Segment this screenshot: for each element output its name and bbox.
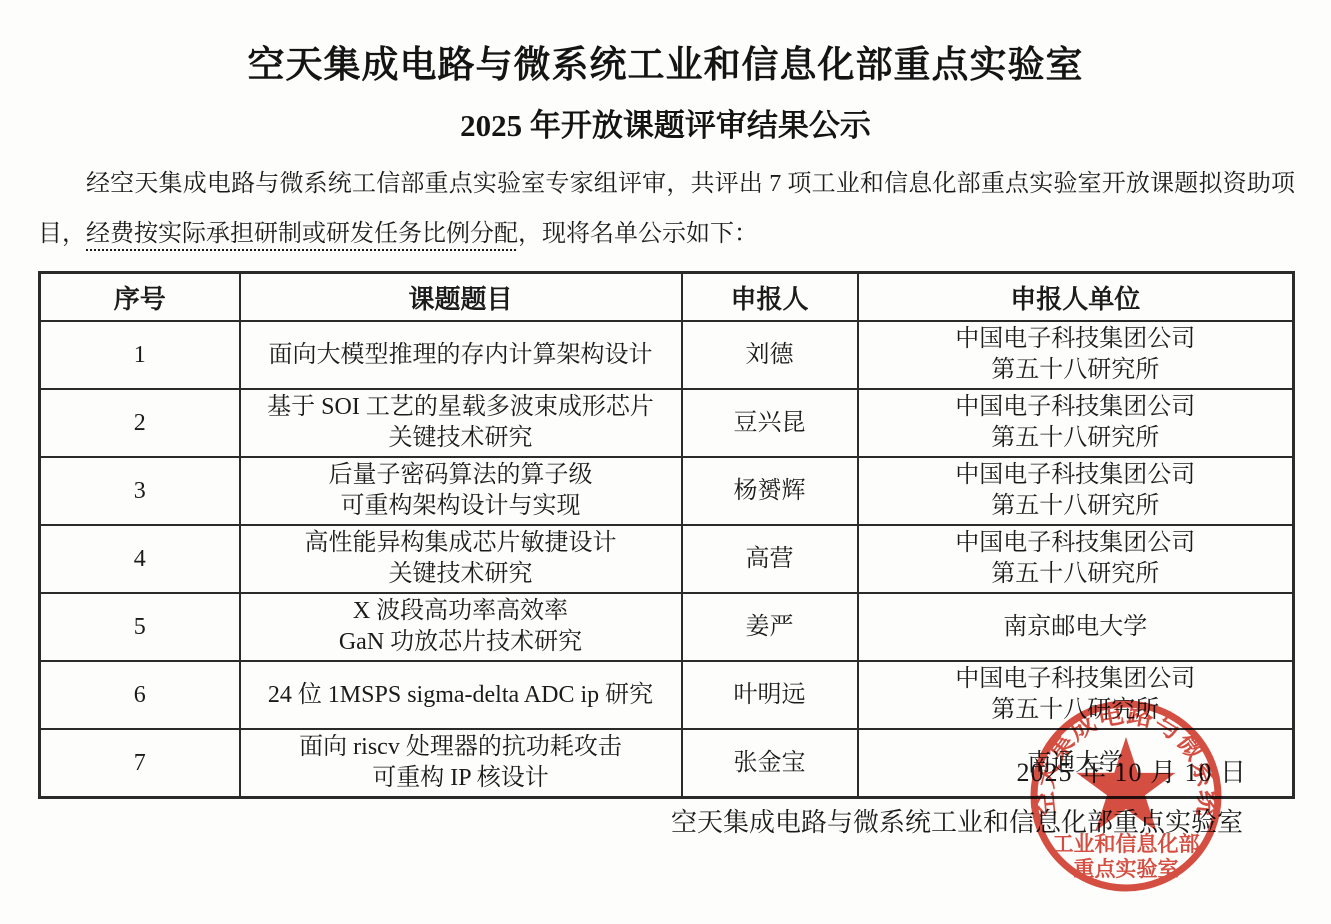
cell-title: 24 位 1MSPS sigma-delta ADC ip 研究 (240, 661, 682, 729)
cell-applicant: 张金宝 (682, 729, 858, 798)
signature-date: 2025 年 10 月 10 日 (1016, 752, 1247, 789)
cell-applicant: 刘德 (682, 321, 858, 389)
cell-no: 6 (40, 661, 240, 729)
signature-organization: 空天集成电路与微系统工业和信息化部重点实验室 (671, 802, 1243, 839)
cell-no: 7 (40, 729, 240, 798)
seal-text-line2: 重点实验室 (1074, 857, 1179, 881)
header-unit: 申报人单位 (858, 273, 1294, 322)
cell-applicant: 叶明远 (682, 661, 858, 729)
cell-unit: 南京邮电大学 (858, 593, 1294, 661)
header-applicant: 申报人 (682, 273, 858, 322)
table-row: 2 基于 SOI 工艺的星载多波束成形芯片关键技术研究 豆兴昆 中国电子科技集团… (40, 389, 1294, 457)
cell-title: 高性能异构集成芯片敏捷设计关键技术研究 (240, 525, 682, 593)
cell-applicant: 姜严 (682, 593, 858, 661)
results-table: 序号 课题题目 申报人 申报人单位 1 面向大模型推理的存内计算架构设计 刘德 … (38, 271, 1295, 799)
cell-no: 1 (40, 321, 240, 389)
cell-no: 2 (40, 389, 240, 457)
cell-applicant: 豆兴昆 (682, 389, 858, 457)
intro-underlined-phrase: 经费按实际承担研制或研发任务比例分配 (86, 221, 518, 247)
cell-applicant: 杨赟辉 (682, 457, 858, 525)
cell-unit: 中国电子科技集团公司第五十八研究所 (858, 661, 1294, 729)
cell-no: 5 (40, 593, 240, 661)
cell-unit: 中国电子科技集团公司第五十八研究所 (858, 457, 1294, 525)
cell-unit: 中国电子科技集团公司第五十八研究所 (858, 321, 1294, 389)
intro-tail: ，现将名单公示如下： (518, 221, 758, 247)
document-page: 空天集成电路与微系统工业和信息化部重点实验室 2025 年开放课题评审结果公示 … (0, 0, 1331, 924)
document-title: 空天集成电路与微系统工业和信息化部重点实验室 (0, 0, 1331, 88)
cell-title: X 波段高功率高效率GaN 功放芯片技术研究 (240, 593, 682, 661)
cell-unit: 中国电子科技集团公司第五十八研究所 (858, 389, 1294, 457)
header-title: 课题题目 (240, 273, 682, 322)
cell-title: 面向大模型推理的存内计算架构设计 (240, 321, 682, 389)
table-row: 4 高性能异构集成芯片敏捷设计关键技术研究 高营 中国电子科技集团公司第五十八研… (40, 525, 1294, 593)
table-row: 6 24 位 1MSPS sigma-delta ADC ip 研究 叶明远 中… (40, 661, 1294, 729)
cell-unit: 中国电子科技集团公司第五十八研究所 (858, 525, 1294, 593)
table-row: 1 面向大模型推理的存内计算架构设计 刘德 中国电子科技集团公司第五十八研究所 (40, 321, 1294, 389)
cell-title: 基于 SOI 工艺的星载多波束成形芯片关键技术研究 (240, 389, 682, 457)
cell-applicant: 高营 (682, 525, 858, 593)
cell-no: 3 (40, 457, 240, 525)
intro-paragraph: 经空天集成电路与微系统工信部重点实验室专家组评审，共评出 7 项工业和信息化部重… (38, 159, 1295, 259)
document-subtitle: 2025 年开放课题评审结果公示 (0, 100, 1331, 145)
table-header-row: 序号 课题题目 申报人 申报人单位 (40, 273, 1294, 322)
header-no: 序号 (40, 273, 240, 322)
cell-title: 后量子密码算法的算子级可重构架构设计与实现 (240, 457, 682, 525)
table-row: 5 X 波段高功率高效率GaN 功放芯片技术研究 姜严 南京邮电大学 (40, 593, 1294, 661)
cell-title: 面向 riscv 处理器的抗功耗攻击可重构 IP 核设计 (240, 729, 682, 798)
table-row: 3 后量子密码算法的算子级可重构架构设计与实现 杨赟辉 中国电子科技集团公司第五… (40, 457, 1294, 525)
cell-no: 4 (40, 525, 240, 593)
